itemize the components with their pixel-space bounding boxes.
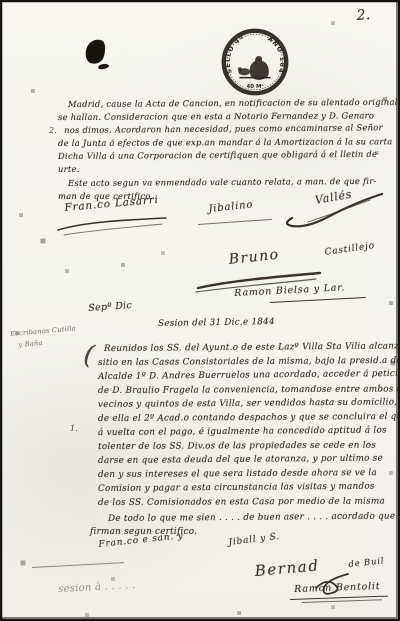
signature-underline xyxy=(198,219,272,225)
handwritten-line: urte. xyxy=(58,164,80,174)
signature: Jiball y S. xyxy=(228,532,281,548)
signature-underline xyxy=(302,599,382,603)
handwritten-line: nos dimos. Acordaron han necesidad, pues… xyxy=(64,122,383,135)
signature-rubric xyxy=(54,216,174,238)
signature-underline xyxy=(270,297,366,303)
handwritten-line: á vuelta con el pago, é igualmente ha co… xyxy=(98,425,387,438)
handwritten-line: Dicha Villa á una Corporacion de certifi… xyxy=(58,149,377,161)
handwritten-line: Comision y pagar a esta circunstancia la… xyxy=(98,482,375,494)
handwritten-line: de la Junta á efectos de que exp.an mand… xyxy=(58,136,393,148)
section-side-label: Sepº Dic xyxy=(88,300,132,314)
handwritten-line: vecinos y quintos de esta Villa, ser ven… xyxy=(98,397,397,410)
handwritten-line: Alcalde 1º D. Andres Buerruelos una acor… xyxy=(98,369,400,382)
signature: Bruno xyxy=(228,247,280,268)
paper-noise xyxy=(2,2,4,4)
handwritten-line: de ella el 2º Acad.o contando despachos … xyxy=(98,412,400,424)
margin-marker: 1. xyxy=(70,424,78,433)
ink-blot-tail xyxy=(98,63,110,69)
signature: de Buil xyxy=(348,556,385,570)
seal-denomination: 40 Mˢ xyxy=(247,84,264,90)
opening-brace: ( xyxy=(82,340,96,371)
handwritten-line: tolenter de los SS. Div.os de las propie… xyxy=(98,441,376,452)
handwritten-line: de los SS. Comisionados en esta Casa por… xyxy=(98,496,385,508)
stray-stroke xyxy=(32,562,124,568)
margin-marker: 2. xyxy=(49,126,57,135)
signature: Ramon Bentolit xyxy=(294,581,381,595)
handwritten-line: De todo lo que me sien . . . . de buen a… xyxy=(108,511,395,524)
margin-note-line: Escribanos Cutilla xyxy=(10,324,76,338)
handwritten-line: de D. Braulio Fragela la conveniencia, t… xyxy=(98,384,400,396)
handwritten-line: Reunidos los SS. del Ayunt.o de este Laz… xyxy=(104,341,400,354)
session-heading: Sesion del 31 Dic.e 1844 xyxy=(158,317,275,329)
handwritten-line: den y sus intereses el que sera listado … xyxy=(98,468,377,480)
scanned-manuscript-page: 2. SELLO 4º AÑO 1844 40 Mˢ 2. Madrid, ca… xyxy=(0,0,400,621)
margin-note-line: y Baña xyxy=(18,339,43,349)
handwritten-line: sitio en las Casas Consistoriales de la … xyxy=(98,356,400,368)
page-number: 2. xyxy=(356,7,371,24)
seated-figure-icon xyxy=(238,56,271,80)
handwritten-line: se hallan. Consideracion que en esta a N… xyxy=(58,110,374,122)
signature: Jibalino xyxy=(208,199,254,215)
ink-blot xyxy=(83,37,109,67)
handwritten-line: Madrid, cause la Acta de Cancion, en not… xyxy=(68,97,398,109)
footer-faint-label: sesion à . . . . . xyxy=(58,580,136,595)
handwritten-line: darse en que esta deuda del que le atora… xyxy=(98,454,383,466)
handwritten-line: Este acto segun va enmendado vale cuanto… xyxy=(68,176,377,188)
revenue-stamp-seal: SELLO 4º AÑO 1844 40 Mˢ xyxy=(216,23,294,101)
signature: Castillejo xyxy=(324,241,376,258)
signature-rubric xyxy=(278,192,388,228)
